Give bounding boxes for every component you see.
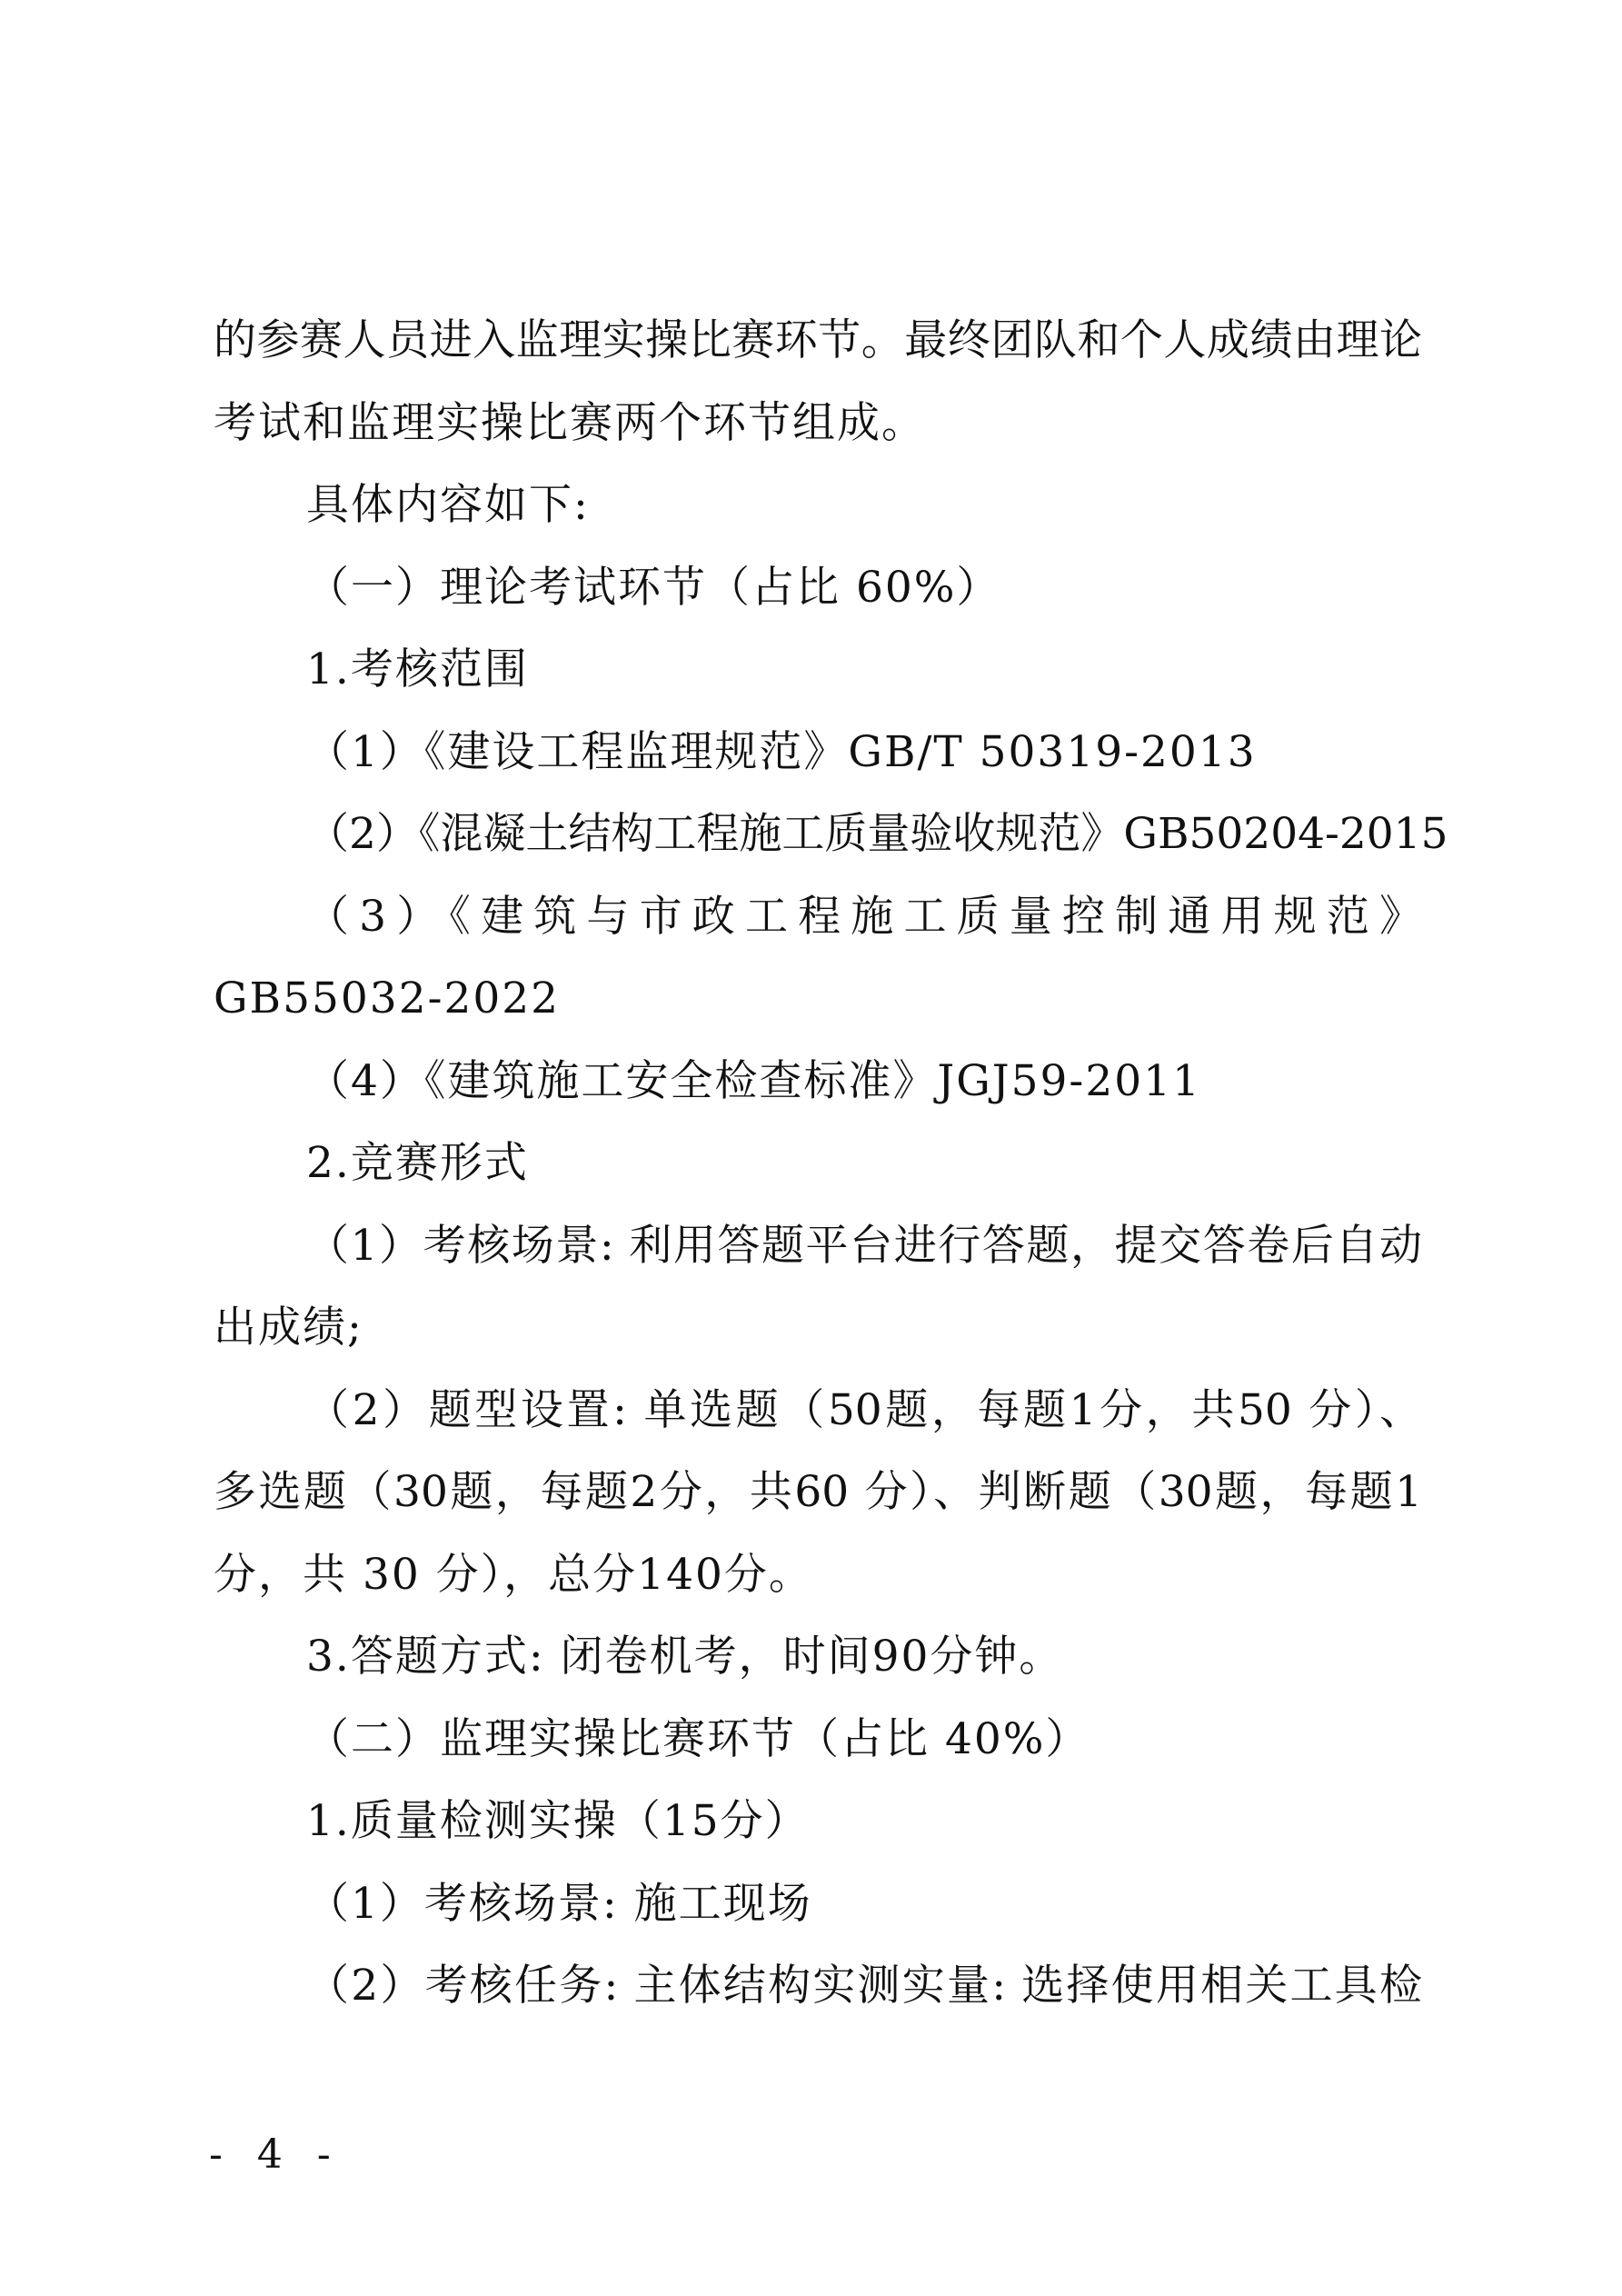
list-item-continuation: 分，共 30 分），总分140分。	[214, 1534, 1422, 1617]
page-number: - 4 -	[209, 2131, 342, 2178]
paragraph-line: 的参赛人员进入监理实操比赛环节。最终团队和个人成绩由理论	[214, 300, 1422, 383]
list-item: （2）考核任务: 主体结构实测实量: 选择使用相关工具检	[214, 1945, 1422, 2028]
list-item-continuation: 多选题（30题，每题2分，共60 分）、判断题（30题，每题1	[214, 1452, 1422, 1534]
list-item: （2）《混凝土结构工程施工质量验收规范》GB50204-2015	[214, 794, 1422, 876]
list-item: （4）《建筑施工安全检查标准》JGJ59-2011	[214, 1041, 1422, 1123]
subsection-heading: 3.答题方式: 闭卷机考，时间90分钟。	[214, 1616, 1422, 1699]
list-item-continuation: 出成绩;	[214, 1287, 1422, 1370]
section-heading: （一）理论考试环节（占比 60%）	[214, 547, 1422, 630]
list-item: （1）《建设工程监理规范》GB/T 50319-2013	[214, 712, 1422, 794]
list-item-continuation: GB55032-2022	[214, 958, 1422, 1041]
list-item: （3）《建筑与市政工程施工质量控制通用规范》	[214, 876, 1422, 959]
list-item: （1）考核场景: 施工现场	[214, 1863, 1422, 1946]
section-heading: （二）监理实操比赛环节（占比 40%）	[214, 1699, 1422, 1782]
list-item: （1）考核场景: 利用答题平台进行答题，提交答卷后自动	[214, 1205, 1422, 1288]
paragraph-line: 考试和监理实操比赛两个环节组成。	[214, 383, 1422, 465]
list-item: （2）题型设置: 单选题（50题，每题1分，共50 分）、	[214, 1370, 1422, 1452]
subsection-heading: 1.考核范围	[214, 629, 1422, 712]
subsection-heading: 1.质量检测实操（15分）	[214, 1781, 1422, 1863]
document-body: 的参赛人员进入监理实操比赛环节。最终团队和个人成绩由理论 考试和监理实操比赛两个…	[214, 300, 1422, 2028]
subsection-heading: 2.竞赛形式	[214, 1123, 1422, 1205]
paragraph-line: 具体内容如下:	[214, 464, 1422, 547]
